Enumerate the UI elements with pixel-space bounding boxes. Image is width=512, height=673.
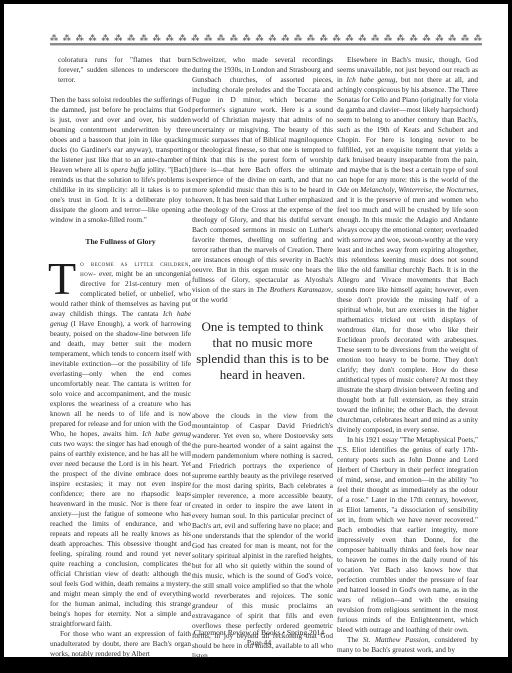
text-column-2: Schweitzer, who made several recordings … <box>192 55 333 661</box>
ornament-icon: ⁂ <box>89 34 97 43</box>
ornament-icon: ⁂ <box>256 34 264 43</box>
text-column-1: coloratura runs for "flames that burn fo… <box>50 55 191 659</box>
ornament-icon: ⁂ <box>384 34 392 43</box>
paragraph: coloratura runs for "flames that burn fo… <box>50 55 191 85</box>
ornament-icon: ⁂ <box>422 34 430 43</box>
ornament-icon: ⁂ <box>230 34 238 43</box>
ornament-border: ⁂⁂⁂⁂⁂⁂⁂⁂⁂⁂⁂⁂⁂⁂⁂⁂⁂⁂⁂⁂⁂⁂⁂⁂⁂⁂⁂⁂⁂⁂⁂⁂⁂⁂ <box>50 30 482 43</box>
ornament-icon: ⁂ <box>461 34 469 43</box>
ornament-icon: ⁂ <box>217 34 225 43</box>
ornament-icon: ⁂ <box>204 34 212 43</box>
ornament-icon: ⁂ <box>63 34 71 43</box>
ornament-icon: ⁂ <box>435 34 443 43</box>
ornament-icon: ⁂ <box>320 34 328 43</box>
ornament-icon: ⁂ <box>410 34 418 43</box>
ornament-icon: ⁂ <box>127 34 135 43</box>
ornament-icon: ⁂ <box>153 34 161 43</box>
paragraph: Schweitzer, who made several recordings … <box>192 55 333 305</box>
page-footer: Claremont Review of Books • Spring 2014 … <box>154 628 364 648</box>
ornament-icon: ⁂ <box>101 34 109 43</box>
paragraph: above the clouds in the view from the mo… <box>192 411 333 661</box>
ornament-icon: ⁂ <box>307 34 315 43</box>
ornament-icon: ⁂ <box>140 34 148 43</box>
ornament-icon: ⁂ <box>191 34 199 43</box>
ornament-icon: ⁂ <box>345 34 353 43</box>
document-page: ⁂⁂⁂⁂⁂⁂⁂⁂⁂⁂⁂⁂⁂⁂⁂⁂⁂⁂⁂⁂⁂⁂⁂⁂⁂⁂⁂⁂⁂⁂⁂⁂⁂⁂ color… <box>4 4 508 657</box>
ornament-icon: ⁂ <box>294 34 302 43</box>
ornament-icon: ⁂ <box>114 34 122 43</box>
text-column-3: Elsewhere in Bach's music, though, God s… <box>337 55 478 655</box>
paragraph: Elsewhere in Bach's music, though, God s… <box>337 55 478 435</box>
pull-quote: One is tempted to think that no music mo… <box>194 319 331 383</box>
drop-cap: T <box>48 261 76 297</box>
ornament-icon: ⁂ <box>397 34 405 43</box>
ornament-icon: ⁂ <box>333 34 341 43</box>
publication-line: Claremont Review of Books • Spring 2014 <box>154 628 364 638</box>
ornament-icon: ⁂ <box>50 34 58 43</box>
ornament-icon: ⁂ <box>243 34 251 43</box>
ornament-icon: ⁂ <box>76 34 84 43</box>
ornament-icon: ⁂ <box>281 34 289 43</box>
ornament-icon: ⁂ <box>474 34 482 43</box>
ornament-icon: ⁂ <box>166 34 174 43</box>
ornament-icon: ⁂ <box>178 34 186 43</box>
header-rule <box>50 43 482 46</box>
ornament-icon: ⁂ <box>448 34 456 43</box>
ornament-icon: ⁂ <box>358 34 366 43</box>
ornament-icon: ⁂ <box>371 34 379 43</box>
ornament-icon: ⁂ <box>268 34 276 43</box>
paragraph: To become as little children, how- ever,… <box>50 259 191 629</box>
paragraph: In his 1921 essay "The Metaphysical Poet… <box>337 435 478 635</box>
paragraph: Then the bass soloist redoubles the suff… <box>50 95 191 225</box>
section-heading: The Fullness of Glory <box>50 237 191 247</box>
page-number: Page 44 <box>154 638 364 648</box>
